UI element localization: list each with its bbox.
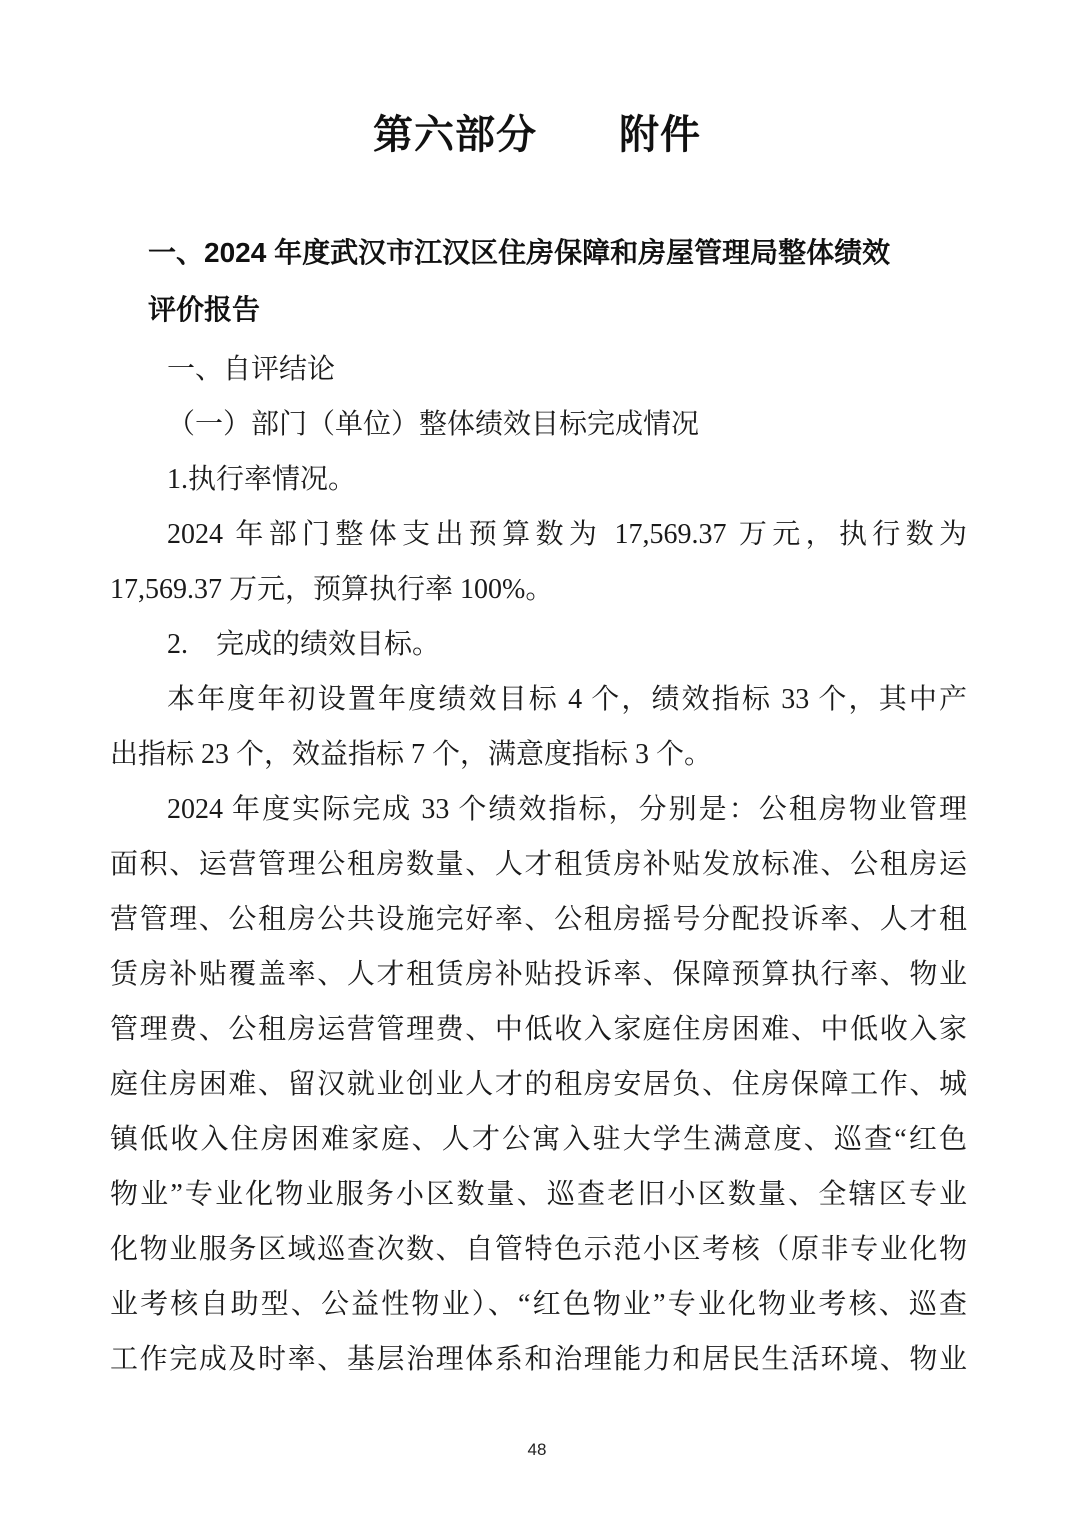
body-line: 1.执行率情况。 (110, 452, 967, 507)
body-line: 管理费、公租房运营管理费、中低收入家庭住房困难、中低收入家 (110, 1002, 967, 1057)
body-line: 化物业服务区域巡查次数、自管特色示范小区考核（原非专业化物 (110, 1222, 967, 1277)
body-line: 业考核自助型、公益性物业）、“红色物业”专业化物业考核、巡查 (110, 1277, 967, 1332)
body-line: 17,569.37 万元，预算执行率 100%。 (110, 562, 967, 617)
body-line: 庭住房困难、留汉就业创业人才的租房安居负、住房保障工作、城 (110, 1057, 967, 1112)
page-number: 48 (0, 1440, 1074, 1460)
page-title: 第六部分 附件 (0, 0, 1074, 162)
body-line: 镇低收入住房困难家庭、人才公寓入驻大学生满意度、巡查“红色 (110, 1112, 967, 1167)
body-line: 2024 年部门整体支出预算数为 17,569.37 万元，执行数为 (110, 507, 967, 562)
section-heading-line1: 一、2024 年度武汉市江汉区住房保障和房屋管理局整体绩效 (148, 224, 974, 281)
body-line: 物业”专业化物业服务小区数量、巡查老旧小区数量、全辖区专业 (110, 1167, 967, 1222)
body-line: 面积、运营管理公租房数量、人才租赁房补贴发放标准、公租房运 (110, 837, 967, 892)
document-page: 第六部分 附件 一、2024 年度武汉市江汉区住房保障和房屋管理局整体绩效 评价… (0, 0, 1074, 1520)
body-line: 一、自评结论 (110, 342, 967, 397)
body-line: 赁房补贴覆盖率、人才租赁房补贴投诉率、保障预算执行率、物业 (110, 947, 967, 1002)
body-line: 出指标 23 个，效益指标 7 个，满意度指标 3 个。 (110, 727, 967, 782)
body-line: （一）部门（单位）整体绩效目标完成情况 (110, 397, 967, 452)
section-heading-line2: 评价报告 (148, 281, 974, 338)
body-line: 本年度年初设置年度绩效目标 4 个，绩效指标 33 个，其中产 (110, 672, 967, 727)
body-line: 2. 完成的绩效目标。 (110, 617, 967, 672)
document-body: 一、自评结论 （一）部门（单位）整体绩效目标完成情况 1.执行率情况。 2024… (110, 342, 967, 1387)
body-line: 营管理、公租房公共设施完好率、公租房摇号分配投诉率、人才租 (110, 892, 967, 947)
section-heading: 一、2024 年度武汉市江汉区住房保障和房屋管理局整体绩效 评价报告 (148, 224, 974, 338)
body-line: 2024 年度实际完成 33 个绩效指标，分别是：公租房物业管理 (110, 782, 967, 837)
body-line: 工作完成及时率、基层治理体系和治理能力和居民生活环境、物业 (110, 1332, 967, 1387)
